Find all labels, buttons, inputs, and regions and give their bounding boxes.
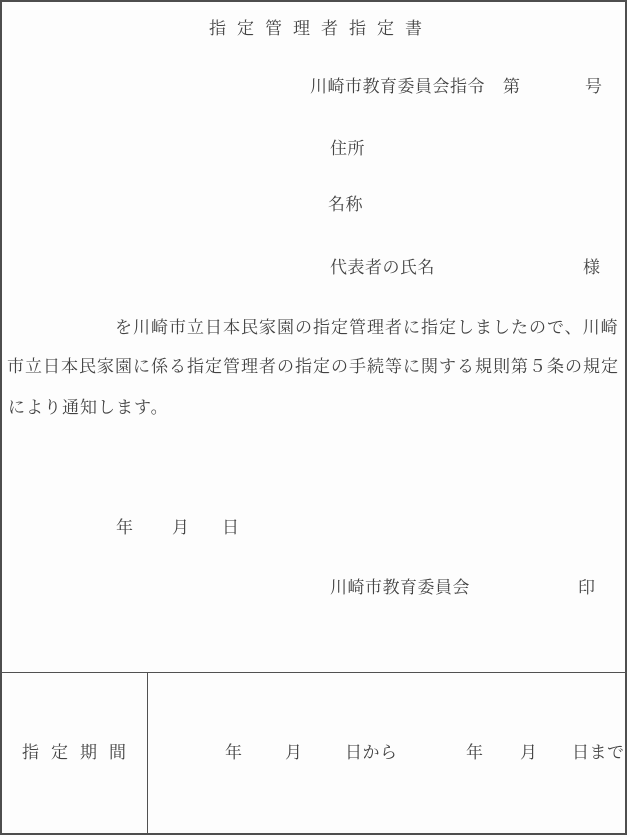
document-title: 指定管理者指定書 <box>209 19 433 39</box>
date-month-label: 月 <box>172 518 190 538</box>
seal-mark: 印 <box>578 578 596 598</box>
recipient-address-label: 住所 <box>330 139 365 159</box>
issuer-name: 川崎市教育委員会 <box>330 578 470 598</box>
period-to-year-label: 年 <box>466 743 484 763</box>
period-row-label: 指定期間 <box>22 743 138 763</box>
directive-issuer-label: 川崎市教育委員会指令 <box>310 77 485 97</box>
table-top-rule <box>0 672 627 673</box>
directive-number-suffix: 号 <box>585 77 603 97</box>
period-from-year-label: 年 <box>225 743 243 763</box>
body-line-3: により通知します。 <box>8 398 169 418</box>
recipient-honorific: 様 <box>583 258 601 278</box>
recipient-name-label: 名称 <box>328 195 363 215</box>
directive-number-prefix: 第 <box>503 77 521 97</box>
date-day-label: 日 <box>222 518 240 538</box>
table-column-divider <box>147 673 148 833</box>
recipient-representative-label: 代表者の氏名 <box>330 258 435 278</box>
body-line-1: を川崎市立日本民家園の指定管理者に指定しましたので、川崎 <box>115 318 619 338</box>
period-from-day-label: 日から <box>345 743 398 763</box>
body-line-2: 市立日本民家園に係る指定管理者の指定の手続等に関する規則第５条の規定 <box>7 357 619 377</box>
period-to-day-label: 日まで <box>572 743 625 763</box>
period-to-month-label: 月 <box>520 743 538 763</box>
period-from-month-label: 月 <box>285 743 303 763</box>
document-page: 指定管理者指定書 川崎市教育委員会指令 第 号 住所 名称 代表者の氏名 様 を… <box>0 0 630 837</box>
date-year-label: 年 <box>116 518 134 538</box>
